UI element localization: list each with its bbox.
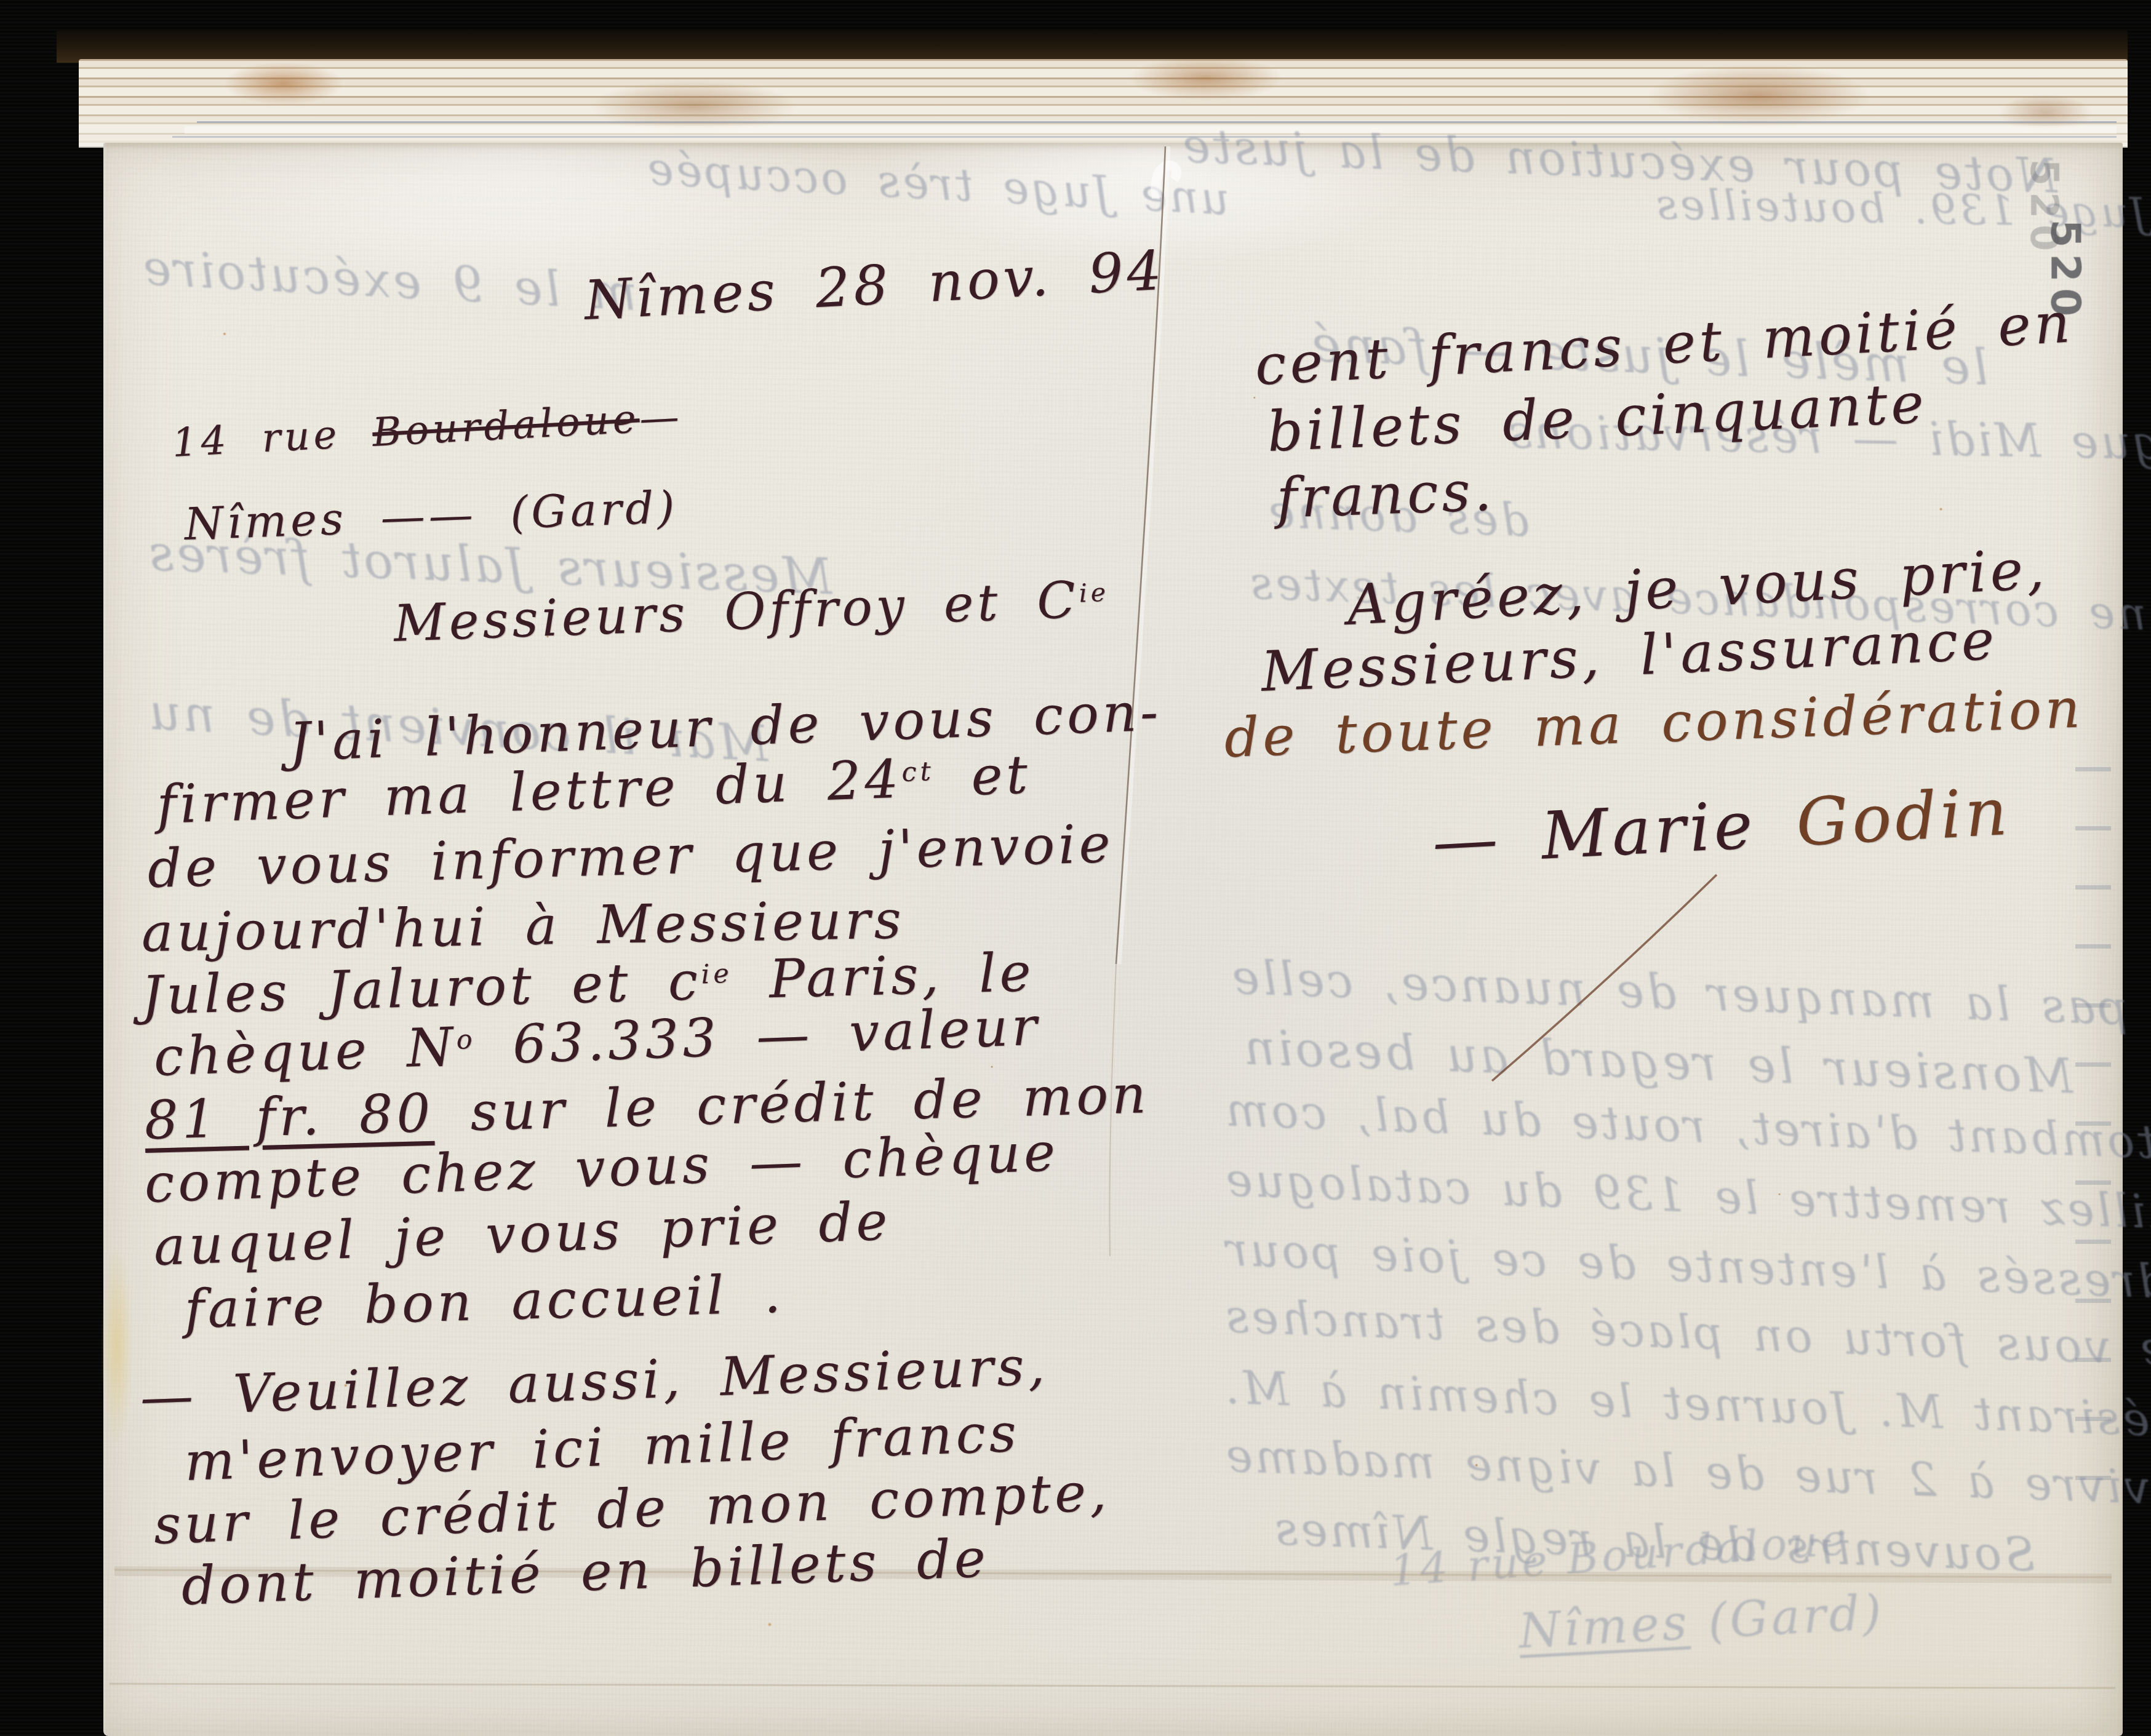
underlined-amount: 81 fr. 80: [144, 1083, 435, 1152]
scan-stage: Note pour exécution de la juste une Juge…: [0, 0, 2151, 1736]
address-tail-dash: —: [638, 394, 684, 442]
book-cover-top-edge: [57, 30, 2128, 63]
letter-page: Note pour exécution de la juste une Juge…: [103, 143, 2123, 1736]
body-text: chèque N: [153, 1016, 458, 1088]
address-city: Nîmes: [184, 493, 348, 550]
edge-highlight: [185, 126, 2117, 133]
body-line-right: francs.: [1275, 459, 1496, 531]
address-dept: (Gard): [509, 481, 679, 538]
superscript: o: [456, 1024, 477, 1056]
body-text: et: [933, 744, 1032, 808]
superscript: ie: [701, 958, 733, 990]
salutation-superscript: ie: [1079, 578, 1110, 608]
ruled-line: [197, 121, 2117, 123]
right-margin-dashes: [2075, 767, 2111, 1481]
superscript: ct: [901, 756, 935, 788]
ruled-line: [172, 136, 2117, 138]
address-dash: ——: [346, 487, 511, 544]
signature-last-name: Godin: [1794, 774, 2012, 861]
